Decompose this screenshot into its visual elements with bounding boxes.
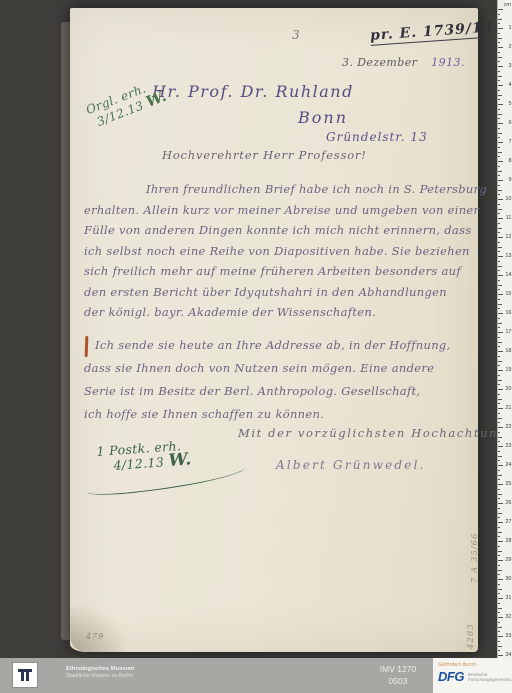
ruler-tick [498,403,500,404]
letter-paragraph-1: Ihren freundlichen Brief habe ich noch i… [84,179,466,323]
ruler-tick [498,57,502,58]
ruler-tick [498,451,500,452]
ruler-tick [498,251,500,252]
ruler-label: 28 [505,538,511,544]
recipient-city: Bonn [298,108,348,127]
ruler-tick [498,332,503,333]
ruler-label: 24 [505,462,511,468]
ruler-tick [498,280,500,281]
letter-line: Serie ist im Besitz der Berl. Anthropolo… [84,380,466,403]
ruler-tick [498,541,503,542]
ruler-tick [498,598,503,599]
signature: Albert Grünwedel. [276,458,426,472]
ruler-tick [498,270,500,271]
ruler-tick [498,242,500,243]
ruler-tick [498,261,500,262]
ruler-tick [498,356,500,357]
date-text: 3. Dezember [342,56,417,69]
ruler-tick [498,76,502,77]
ruler-label: 16 [505,310,511,316]
ruler-tick [498,71,500,72]
ruler-tick [498,484,503,485]
ruler-tick [498,622,500,623]
ruler-tick [498,646,502,647]
ruler-tick [498,617,503,618]
ruler-tick [498,475,502,476]
ruler-tick [498,294,503,295]
ruler-tick [498,289,500,290]
ruler-tick [498,114,502,115]
ruler-tick [498,47,503,48]
ruler-tick [498,175,500,176]
museum-name: Ethnologisches Museum [66,666,134,673]
letter-line: Ich sende sie heute an Ihre Addresse ab,… [84,334,466,357]
date-line: 3. Dezember1913. [342,56,465,69]
ruler-label: 2 [508,44,511,50]
ruler-tick [498,432,500,433]
letter-line: Ihren freundlichen Brief habe ich noch i… [84,179,466,200]
ruler-label: 12 [505,234,511,240]
ruler-tick [498,522,503,523]
ruler-label: 30 [505,576,511,582]
ruler-tick [498,237,503,238]
ruler-tick [498,38,502,39]
ruler-tick [498,574,500,575]
ruler-tick [498,99,500,100]
ruler-tick [498,584,500,585]
dfg-org-name: Deutsche Forschungsgemeinschaft [468,670,512,683]
ruler-label: 18 [505,348,511,354]
ruler-tick [498,275,503,276]
scan-viewport: 3 pr. E. 1739/13. 3. Dezember1913. Hr. P… [0,0,512,693]
ruler-tick [498,346,500,347]
ruler-label: 10 [505,196,511,202]
ruler-tick [498,494,502,495]
ruler-tick [498,256,503,257]
ruler-tick [498,137,500,138]
ruler-tick [498,118,500,119]
ruler-tick [498,308,500,309]
page-number: 3 [292,28,300,42]
ruler-tick [498,408,503,409]
ruler-tick [498,142,503,143]
ruler-tick [498,641,500,642]
letter-line: dass sie Ihnen doch von Nutzen sein möge… [84,357,466,380]
ruler-unit-label: cm [504,2,511,8]
ruler-tick [498,9,503,10]
ruler-label: 1 [508,25,511,31]
ruler-tick [498,209,502,210]
ruler-tick [498,166,500,167]
ruler-tick [498,313,503,314]
ruler-label: 32 [505,614,511,620]
museum-glyph-icon [17,667,33,683]
ruler-tick [498,565,500,566]
ruler-label: 11 [506,215,512,221]
museum-credit: Ethnologisches Museum Staatliche Museen … [66,666,134,680]
ruler-tick [498,199,503,200]
ruler-tick [498,218,503,219]
registry-note: pr. E. 1739/13. [370,20,483,46]
ruler-label: 33 [505,633,511,639]
funding-credit: Gefördert durch DFG Deutsche Forschungsg… [438,662,512,683]
ruler-tick [498,337,500,338]
ruler-tick [498,299,500,300]
ruler-tick [498,418,502,419]
recipient-street: Gründelstr. 13 [326,130,428,144]
ruler-tick [498,232,500,233]
ruler-tick [498,90,500,91]
ruler-label: 20 [505,386,511,392]
ruler-tick [498,342,502,343]
ruler-tick [498,228,502,229]
letter-line: Fülle von anderen Dingen konnte ich mich… [84,220,466,241]
ruler-tick [498,422,500,423]
ruler-tick [498,95,502,96]
ruler-tick [498,517,500,518]
ruler-tick [498,437,502,438]
ruler-tick [498,551,502,552]
ruler-tick [498,365,500,366]
ruler-label: 27 [505,519,511,525]
ruler-tick [498,441,500,442]
ruler-tick [498,536,500,537]
ruler-tick [498,650,500,651]
ruler-tick [498,285,502,286]
document-id: IMV 1270 [358,663,438,675]
ruler-tick [498,370,503,371]
ruler-tick [498,152,502,153]
ruler-tick [498,156,500,157]
ruler-tick [498,513,502,514]
ruler-tick [498,318,500,319]
ruler-tick [498,465,503,466]
ruler-tick [498,133,502,134]
ruler-tick [498,527,500,528]
ruler-label: 22 [505,424,511,430]
ruler-tick [498,375,500,376]
ruler-tick [498,23,500,24]
ruler-tick [498,247,502,248]
ruler-label: 6 [508,120,511,126]
letter-line: sich freilich mehr auf meine früheren Ar… [84,261,466,282]
ruler-tick [498,190,502,191]
ruler-tick [498,627,502,628]
ruler-tick [498,560,503,561]
letter-line: ich selbst noch eine Reihe von Diapositi… [84,241,466,262]
ruler-tick [498,223,500,224]
ruler-tick [498,361,502,362]
ruler-label: 3 [508,63,511,69]
document-identifier: IMV 1270 0503 [358,663,438,687]
footer-bar: Ethnologisches Museum Staatliche Museen … [0,658,512,693]
ruler-tick [498,180,503,181]
ruler-label: 4 [508,82,511,88]
date-year: 1913. [431,56,465,69]
letter-paragraph-2: Ich sende sie heute an Ihre Addresse ab,… [84,334,466,426]
ruler-tick [498,612,500,613]
museum-subtitle: Staatliche Museen zu Berlin [66,673,134,680]
ruler-tick [498,399,502,400]
ruler-tick [498,589,502,590]
ruler-tick [498,489,500,490]
ruler-tick [498,532,502,533]
ruler-tick [498,570,502,571]
ruler-tick [498,266,502,267]
ruler-label: 14 [505,272,511,278]
ruler-tick [498,603,500,604]
ruler-label: 26 [505,500,511,506]
ruler-tick [498,631,500,632]
ruler-tick [498,470,500,471]
closing-formula: Mit der vorzüglichsten Hochachtung [238,426,507,440]
ruler-tick [498,204,500,205]
ruler-tick [498,66,503,67]
ruler-tick [498,109,500,110]
ruler-label: 8 [508,158,511,164]
ruler-tick [498,14,500,15]
ruler-tick [498,61,500,62]
ruler-tick [498,413,500,414]
ruler-tick [498,427,503,428]
ruler-tick [498,147,500,148]
ruler-label: 9 [508,177,511,183]
ruler-tick [498,80,500,81]
letter-line: ich hoffe sie Ihnen schaffen zu können. [84,403,466,426]
ruler-label: 23 [505,443,511,449]
ruler-tick [498,546,500,547]
ruler: cm 1234567891011121314151617181920212223… [497,0,512,660]
ruler-tick [498,304,502,305]
ruler-tick [498,327,500,328]
ruler-tick [498,52,500,53]
letter-line: den ersten Bericht über Idyqutshahri in … [84,282,466,303]
ruler-label: 5 [508,101,511,107]
ruler-tick [498,498,500,499]
ruler-tick [498,33,500,34]
ruler-tick [498,593,500,594]
ruler-label: 31 [505,595,511,601]
ruler-tick [498,503,503,504]
dfg-logo: DFG [438,670,464,683]
museum-logo-icon [13,663,37,687]
ruler-tick [498,655,503,656]
ruler-tick [498,636,503,637]
ruler-tick [498,161,503,162]
ruler-tick [498,479,500,480]
funding-label: Gefördert durch [438,662,512,668]
ruler-tick [498,85,503,86]
pencil-foliation-number: 479 [86,632,104,641]
ruler-tick [498,28,503,29]
pencil-shelfmark-vertical: 7 A 35/66 [470,533,480,583]
ruler-label: 17 [505,329,511,335]
ruler-tick [498,460,500,461]
received-annotation-original: Orgl. erh. 3/12.13 W. [84,75,169,131]
ruler-tick [498,123,503,124]
ruler-tick [498,555,500,556]
ruler-tick [498,19,502,20]
ruler-tick [498,579,503,580]
ruler-tick [498,104,503,105]
letter-line: der königl. bayr. Akademie der Wissensch… [84,302,466,323]
ruler-tick [498,351,503,352]
dfg-logo-row: DFG Deutsche Forschungsgemeinschaft [438,670,512,683]
ruler-label: 19 [505,367,511,373]
ruler-tick [498,128,500,129]
ruler-tick [498,171,502,172]
ruler-label: 15 [505,291,511,297]
pencil-number-vertical: 4283 [466,623,476,649]
ruler-tick [498,380,502,381]
ruler-tick [498,508,500,509]
ruler-label: 29 [505,557,511,563]
ruler-tick [498,608,502,609]
ruler-tick [498,384,500,385]
ruler-label: 25 [505,481,511,487]
recipient-name: Hr. Prof. Dr. Ruhland [152,82,354,101]
image-number: 0503 [358,675,438,687]
ruler-label: 21 [505,405,511,411]
ruler-tick [498,456,502,457]
ruler-tick [498,389,503,390]
letter-page: 3 pr. E. 1739/13. 3. Dezember1913. Hr. P… [70,8,478,652]
ruler-tick [498,323,502,324]
ruler-label: 13 [505,253,511,259]
ruler-tick [498,194,500,195]
letter-line: erhalten. Allein kurz vor meiner Abreise… [84,200,466,221]
ruler-tick [498,185,500,186]
ruler-tick [498,394,500,395]
ruler-tick [498,213,500,214]
salutation: Hochverehrter Herr Professor! [162,148,367,162]
ruler-label: 7 [508,139,511,145]
ruler-tick [498,446,503,447]
ruler-tick [498,42,500,43]
